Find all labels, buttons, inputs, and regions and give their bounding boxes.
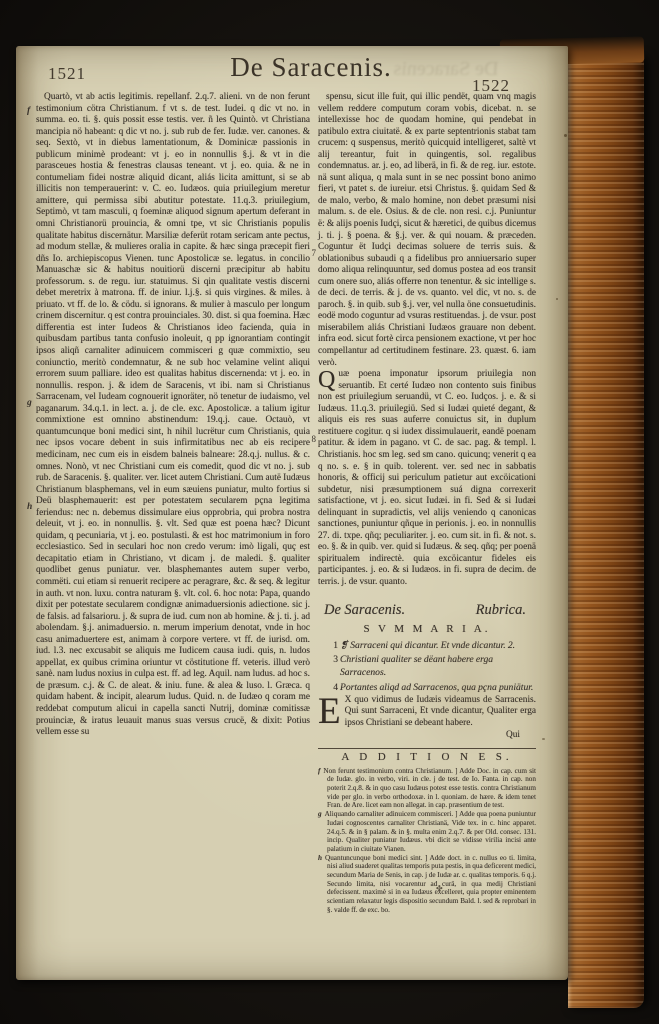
book-photo: { "page": { "folio_left": "1521", "runni…: [0, 0, 659, 1024]
rubric-title: De Saracenis.: [324, 602, 405, 618]
additiones-entry-text: Non ferunt testimonium contra Christianu…: [323, 767, 536, 810]
book-fore-edge: [568, 56, 644, 1008]
summaria-number: 4: [326, 681, 338, 694]
paper-speck: [556, 298, 558, 300]
book-page: De Saracenis 1521 De Saracenis. 1522 f g…: [16, 46, 568, 980]
right-text-column: spensu, sicut ille fuit, qui illic pendë…: [318, 92, 536, 915]
dropcap-E: E: [318, 695, 345, 727]
additiones-title: A D D I T I O N E S.: [318, 752, 536, 764]
paper-speck: [564, 134, 567, 137]
summaria-number: 1: [326, 639, 338, 652]
additiones-entry-label: h: [318, 854, 325, 862]
additiones-entry: gAliquando carnaliter adinuicem commisce…: [318, 810, 536, 854]
additiones-entry: fNon ferunt testimonium contra Christian…: [318, 767, 536, 811]
additiones-entry: hQuantuncunque boni medici sint. ] Adde …: [318, 854, 536, 915]
left-column-text: Quartò, vt ab actis legitimis. repellanf…: [36, 92, 310, 739]
running-title: De Saracenis.: [166, 52, 456, 83]
folio-number-left: 1521: [48, 64, 86, 84]
additiones-entry-label: g: [318, 810, 325, 818]
right-column-paragraph-2-text: uæ poena imponatur ipsorum priuilegia no…: [318, 369, 536, 587]
signature-mark: ✤: [436, 884, 443, 893]
additiones-entry-text: Quantuncunque boni medici sint. ] Adde d…: [325, 854, 536, 914]
paper-stain: [408, 606, 528, 766]
summaria-number: 3: [326, 653, 338, 666]
right-column-paragraph-2: Quæ poena imponatur ipsorum priuilegia n…: [318, 369, 536, 588]
right-column-paragraph-1: spensu, sicut ille fuit, qui illic pendë…: [318, 92, 536, 369]
paper-speck: [542, 738, 545, 740]
dropcap-Q: Q: [318, 369, 338, 391]
rubric-heading: De Saracenis. Rubrica.: [318, 602, 536, 618]
left-text-column: Quartò, vt ab actis legitimis. repellanf…: [36, 92, 310, 739]
intro-first-words: X quo: [345, 695, 369, 705]
additiones-entry-text: Aliquando carnaliter adinuicem commiscer…: [325, 810, 536, 853]
additiones-block: fNon ferunt testimonium contra Christian…: [318, 767, 536, 915]
